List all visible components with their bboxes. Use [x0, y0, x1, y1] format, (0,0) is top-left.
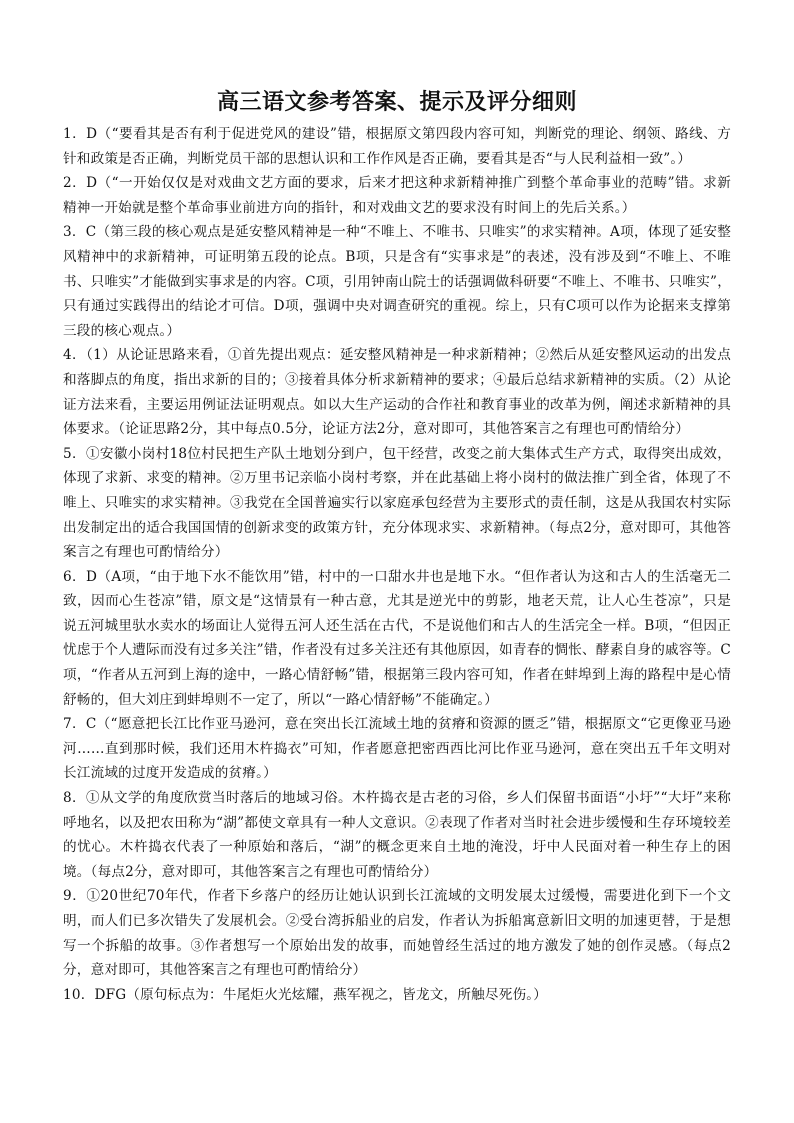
answer-item-5: 5．①安徽小岗村18位村民把生产队土地划分到户，包干经营，改变之前大集体式生产方… [63, 442, 731, 565]
answer-item-1: 1．D（“要看其是否有利于促进党风的建设”错，根据原文第四段内容可知，判断党的理… [63, 122, 731, 171]
answer-item-4: 4．（1）从论证思路来看，①首先提出观点：延安整风精神是一种求新精神；②然后从延… [63, 343, 731, 441]
answer-item-6: 6．D（A项，“由于地下水不能饮用”错，村中的一口甜水井也是地下水。“但作者认为… [63, 565, 731, 713]
answer-item-10: 10．DFG（原句标点为：牛尾炬火光炫耀，燕军视之，皆龙文，所触尽死伤。） [63, 983, 731, 1008]
answer-item-3: 3．C（第三段的核心观点是延安整风精神是一种“不唯上、不唯书、只唯实”的求实精神… [63, 220, 731, 343]
answer-item-7: 7．C（“愿意把长江比作亚马逊河，意在突出长江流域土地的贫瘠和资源的匮乏”错，根… [63, 712, 731, 786]
answer-key-page: 高三语文参考答案、提示及评分细则 1．D（“要看其是否有利于促进党风的建设”错，… [63, 88, 731, 1007]
answer-item-2: 2．D（“一开始仅仅是对戏曲文艺方面的要求，后来才把这种求新精神推广到整个革命事… [63, 171, 731, 220]
answer-item-9: 9．①20世纪70年代，作者下乡落户的经历让她认识到长江流域的文明发展太过缓慢，… [63, 884, 731, 982]
answer-item-8: 8．①从文学的角度欣赏当时落后的地域习俗。木杵捣衣是古老的习俗，乡人们保留书面语… [63, 786, 731, 884]
document-title: 高三语文参考答案、提示及评分细则 [63, 88, 731, 118]
